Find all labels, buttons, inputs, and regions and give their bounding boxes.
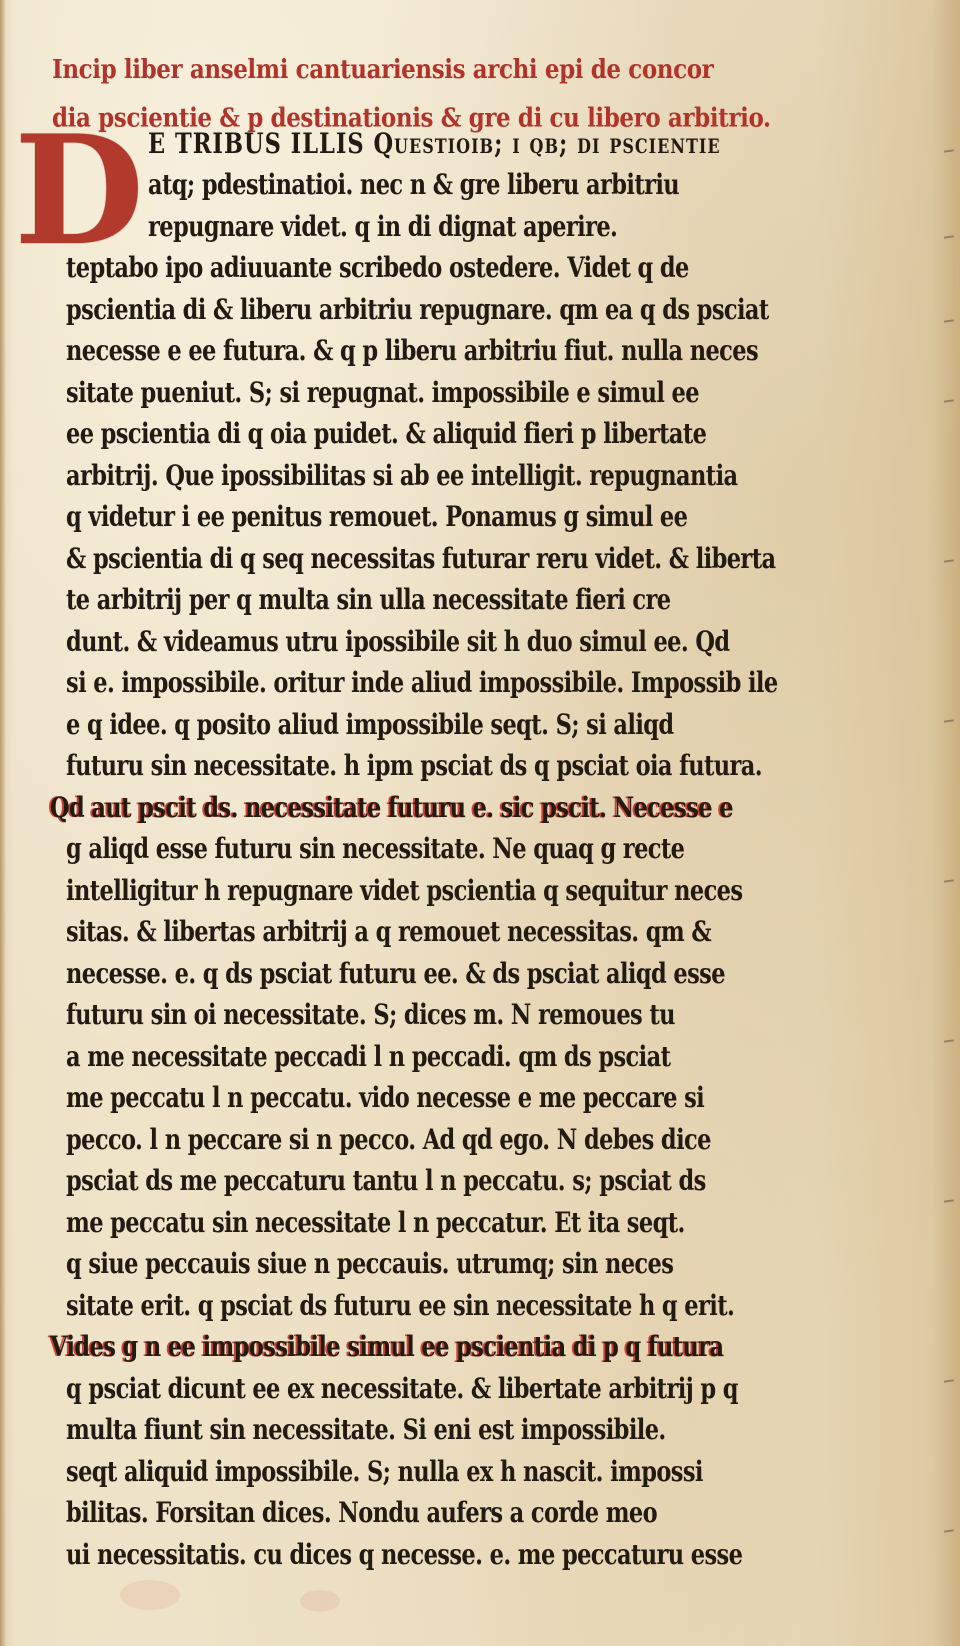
rubric-line: Incip liber anselmi cantuariensis archi …	[52, 46, 902, 94]
text-line: ui necessitatis. cu dices q necesse. e. …	[66, 1530, 742, 1580]
parchment-stain	[300, 1590, 340, 1612]
manuscript-folio: Incip liber anselmi cantuariensis archi …	[0, 0, 960, 1646]
page-edge-left	[0, 0, 6, 1646]
page-edge-right	[932, 0, 960, 1646]
parchment-stain	[120, 1580, 180, 1610]
decorated-initial: D	[14, 132, 162, 250]
